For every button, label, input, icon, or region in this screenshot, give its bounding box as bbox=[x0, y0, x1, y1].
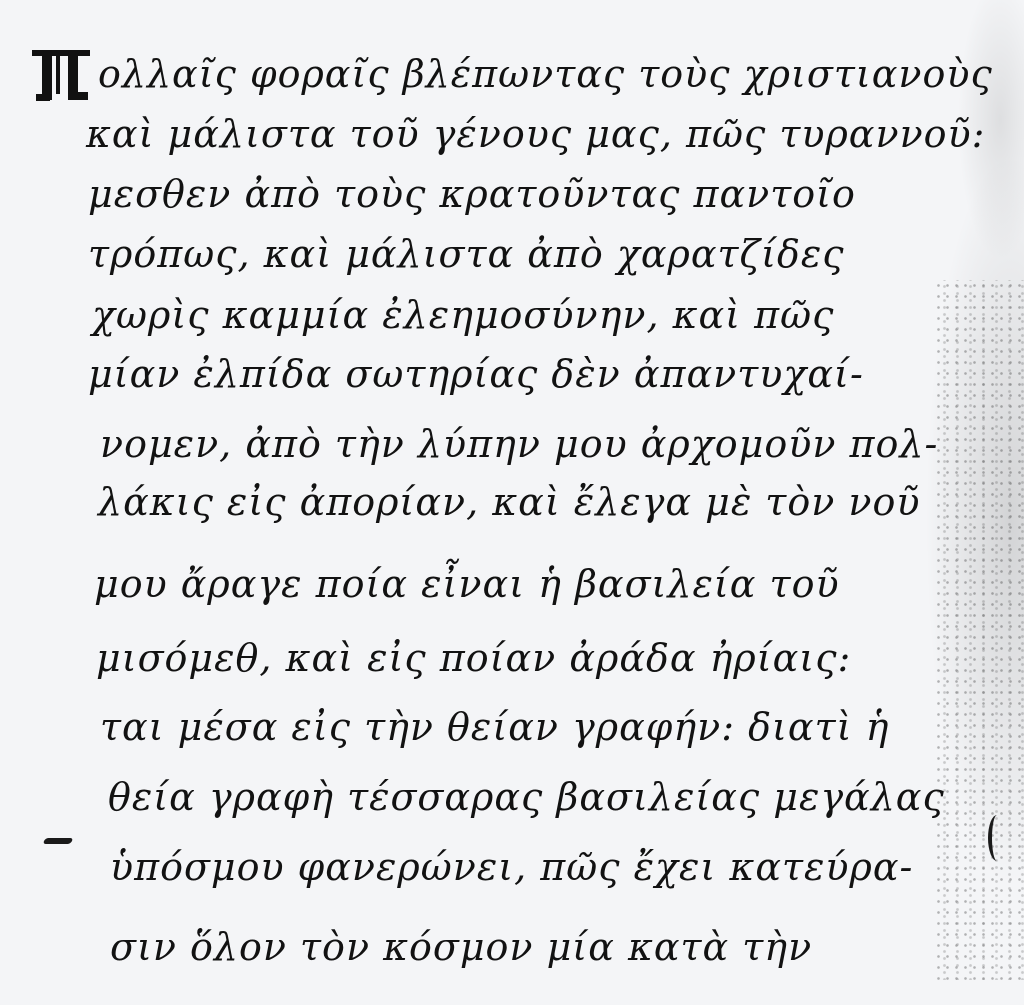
manuscript-line-12: θεία γραφὴ τέσσαρας βασιλείας μεγάλας bbox=[108, 775, 945, 819]
margin-ink-mark bbox=[43, 838, 74, 844]
manuscript-line-4: τρόπως, καὶ μάλιστα ἀπὸ χαρατζίδες bbox=[88, 232, 845, 276]
manuscript-page: ολλαῖς φοραῖς βλέπωντας τοὺς χριστιανοὺς… bbox=[0, 0, 1024, 1005]
manuscript-line-14: σιν ὅλον τὸν κόσμον μία κατὰ τὴν bbox=[110, 925, 812, 969]
decorated-initial-pi-icon bbox=[30, 48, 92, 104]
manuscript-line-8: λάκις εἰς ἀπορίαν, καὶ ἔλεγα μὲ τὸν νοῦ bbox=[98, 480, 920, 524]
manuscript-line-9: μου ἄραγε ποία εἶναι ἡ βασιλεία τοῦ bbox=[94, 562, 840, 606]
manuscript-line-2: καὶ μάλιστα τοῦ γένους μας, πῶς τυραννοῦ… bbox=[86, 112, 985, 156]
margin-bracket-mark bbox=[988, 815, 1006, 861]
manuscript-line-11: ται μέσα εἰς τὴν θείαν γραφήν: διατὶ ἡ bbox=[100, 705, 889, 749]
manuscript-line-1: ολλαῖς φοραῖς βλέπωντας τοὺς χριστιανοὺς bbox=[98, 52, 993, 96]
manuscript-line-7: νομεν, ἀπὸ τὴν λύπην μου ἀρχομοῦν πολ- bbox=[100, 422, 938, 466]
manuscript-line-5: χωρὶς καμμία ἐλεημοσύνην, καὶ πῶς bbox=[92, 293, 834, 337]
manuscript-line-13: ὑπόσμου φανερώνει, πῶς ἔχει κατεύρα- bbox=[110, 845, 913, 889]
manuscript-line-3: μεσθεν ἀπὸ τοὺς κρατοῦντας παντοῖο bbox=[88, 172, 856, 216]
manuscript-line-10: μισόμεθ, καὶ εἰς ποίαν ἀράδα ἠρίαις: bbox=[96, 636, 851, 680]
manuscript-line-6: μίαν ἐλπίδα σωτηρίας δὲν ἀπαντυχαί- bbox=[88, 352, 864, 396]
scan-noise-edge bbox=[934, 280, 1024, 980]
